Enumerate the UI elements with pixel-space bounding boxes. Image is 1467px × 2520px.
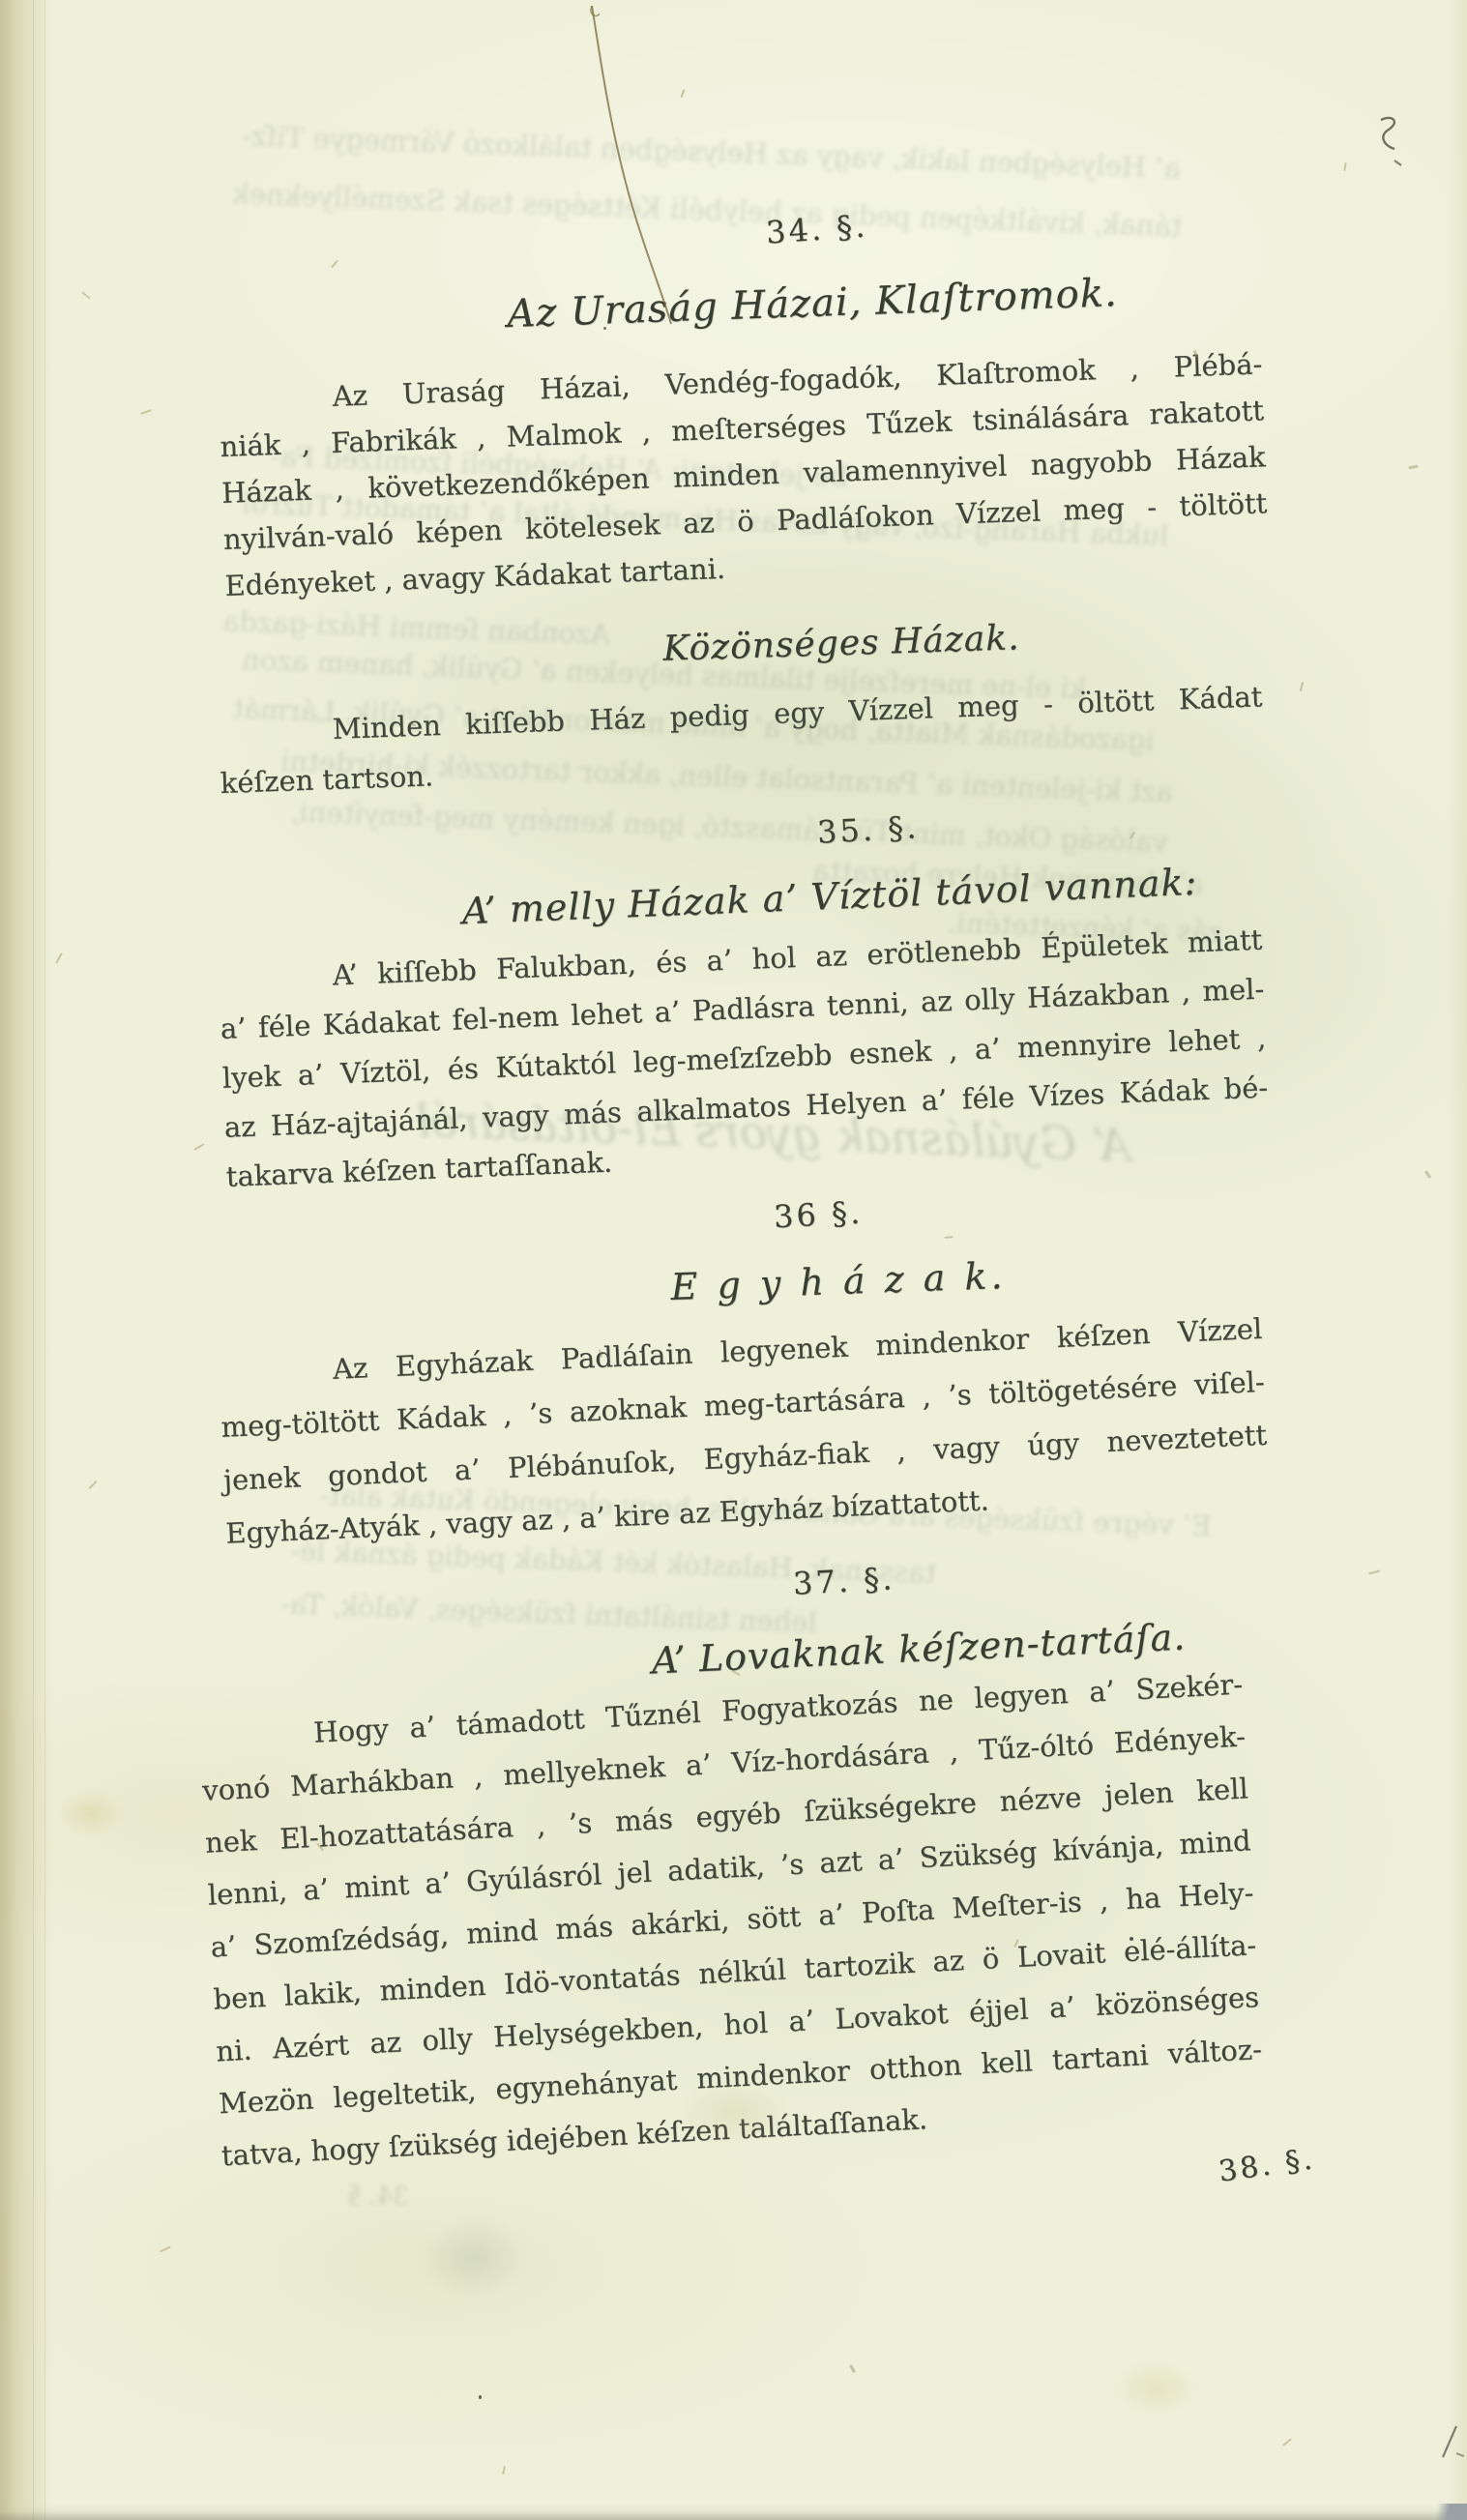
gutter-crease-line [33, 0, 34, 2520]
paper-stain [1112, 2359, 1199, 2417]
paragraph-36: Az Egyházak Padláſain legyenek mindenkor… [218, 1303, 1271, 1561]
section-heading-34: Az Uraság Házai, Klaſtromok. [290, 263, 1335, 344]
catchword: 38. §. [1217, 2142, 1317, 2189]
ink-dot [1130, 1937, 1133, 1941]
paper-fleck [1343, 162, 1347, 171]
paper-stain [416, 2214, 532, 2301]
paper-fleck [1424, 1170, 1432, 1179]
paper-fleck [1408, 465, 1418, 470]
ink-dot [603, 327, 606, 330]
paper-fleck [193, 1143, 204, 1151]
paper-fleck [88, 1480, 97, 1489]
section-number-34: 34. §. [765, 207, 869, 250]
paper-fleck [81, 291, 91, 300]
bleedthrough-line: lehen tsináltatni ſzükséges, Valók, Ta- [280, 1587, 818, 1638]
bleedthrough-catchword: 34. § [347, 2181, 409, 2212]
paper-fleck [331, 260, 338, 269]
hair-fiber-mark [571, 0, 696, 334]
bottom-page-edge [0, 2511, 1467, 2520]
section-number-36: 36 §. [773, 1194, 864, 1236]
paper-stain [677, 2079, 793, 2147]
paper-fleck [1282, 2438, 1292, 2447]
paragraph-34: Az Uraság Házai, Vendég-fogadók, Klaſtro… [218, 340, 1270, 609]
pen-mark [1435, 2422, 1466, 2465]
scan-corner-shadow [1421, 2504, 1467, 2520]
section-number-37: 37. §. [792, 1560, 895, 1601]
paper-fleck [1368, 1569, 1380, 1574]
paper-fleck [944, 1236, 953, 1239]
paper-fleck [502, 2466, 506, 2475]
paragraph-35: A’ kiſſebb Falukban, és a’ hol az erötle… [218, 916, 1271, 1202]
section-number-35: 35. §. [816, 808, 920, 850]
gutter-shading [0, 0, 54, 2520]
paper-fleck [160, 2246, 171, 2253]
scanned-book-page: a’ Helységben lakik, vagy az Helységben … [0, 0, 1467, 2520]
paper-fleck [849, 2364, 856, 2373]
bleedthrough-line: valóság Okot, mint Tüz-támasztó, igen ke… [290, 795, 1169, 859]
paper-fleck [1300, 682, 1305, 691]
bleedthrough-line: tának, kiváltképen pedig az helybéli Két… [232, 177, 1183, 243]
paper-fleck [140, 409, 152, 415]
paper-fleck [55, 952, 63, 963]
gutter-crease-line [44, 0, 45, 2520]
ink-mark [1371, 112, 1412, 172]
ink-dot [479, 2395, 482, 2399]
bleedthrough-line: a’ Helységben lakik, vagy az Helységben … [242, 119, 1182, 185]
paper-stain [58, 1789, 126, 1837]
